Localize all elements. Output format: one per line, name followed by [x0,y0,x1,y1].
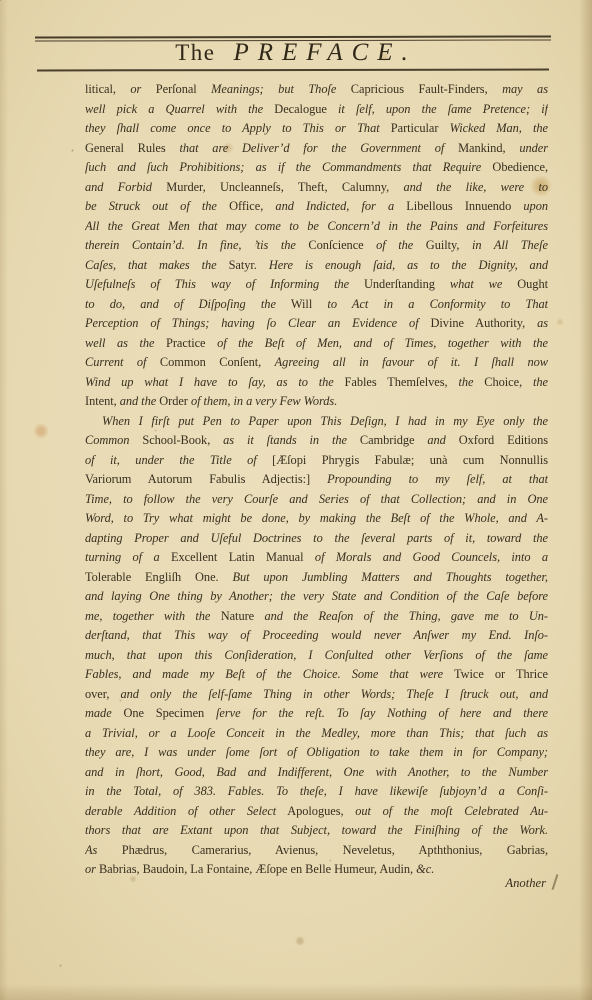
text-line: Wind up what I have to ſay, as to the Fa… [85,373,548,393]
text-line: well pick a Quarrel with the Decalogue i… [85,100,548,120]
text-line: When I firſt put Pen to Paper upon This … [85,412,548,432]
text-line: Intent, and the Order of them, in a very… [85,392,548,412]
text-line: derſtand, that This way of Proceeding wo… [85,626,548,646]
text-line: made One Specimen ſerve for the reſt. To… [85,704,548,724]
text-line: and Forbid Murder, Uncleanneſs, Theft, C… [85,178,548,198]
text-line: and in ſhort, Good, Bad and Indifferent,… [85,763,548,783]
text-line: over, and only the ſelf-ſame Thing in ot… [85,685,548,705]
text-line: well as the Practice of the Beſt of Men,… [85,334,548,354]
text-line: they ſhall come once to Apply to This or… [85,119,548,139]
rule-under-title [37,69,549,72]
text-line: General Rules that are Deliver’d for the… [85,139,548,159]
text-line: a Trivial, or a Looſe Conceit in the Med… [85,724,548,744]
text-line: derable Addition of other Select Apologu… [85,802,548,822]
text-line: thors that are Extant upon that Subject,… [85,821,548,841]
title-preface: PREFACE. [233,39,416,66]
text-line: Perception of Things; having ſo Clear an… [85,314,548,334]
text-line: Time, to follow the very Courſe and Seri… [85,490,548,510]
text-line: litical, or Perſonal Meanings; but Thoſe… [85,80,548,100]
paper-foxing-specks [0,0,1,1]
text-line: Common School-Book, as it ſtands in the … [85,431,548,451]
text-line: and laying One thing by Another; the ver… [85,587,548,607]
text-line: be Struck out of the Office, and Indicte… [85,197,548,217]
text-line: dapting Proper and Uſeful Doctrines to t… [85,529,548,549]
text-line: Uſefulneſs of This way of Informing the … [85,275,548,295]
book-page: The PREFACE. litical, or Perſonal Meanin… [0,0,592,1000]
text-line: me, together with the Nature and the Rea… [85,607,548,627]
text-line: much, that upon this Conſideration, I Co… [85,646,548,666]
text-line: Variorum Autorum Fabulis Adjectis:] Prop… [85,470,548,490]
text-line: Current of Common Conſent, Agreeing all … [85,353,548,373]
text-line: Fables, and made my Beſt of the Choice. … [85,665,548,685]
preface-text: litical, or Perſonal Meanings; but Thoſe… [85,80,548,880]
text-line: As Phædrus, Camerarius, Avienus, Nevelet… [85,841,548,861]
text-line: Caſes, that makes the Satyr. Here is eno… [85,256,548,276]
text-line: Tolerable Engliſh One. But upon Jumbling… [85,568,548,588]
text-line: of it, under the Title of [Æſopi Phrygis… [85,451,548,471]
text-line: turning of a Excellent Latin Manual of M… [85,548,548,568]
text-line: to do, and of Diſpoſing the Will to Act … [85,295,548,315]
text-line: in the Total, of 383. Fables. To theſe, … [85,782,548,802]
page-title: The PREFACE. [0,39,592,67]
catchword: Another [505,876,546,891]
text-line: they are, I was under ſome ſort of Oblig… [85,743,548,763]
title-the: The [175,40,215,65]
text-line: Word, to Try what might be done, by maki… [85,509,548,529]
text-line: All the Great Men that may come to be Co… [85,217,548,237]
text-line: or Babrias, Baudoin, La Fontaine, Æſope … [85,860,548,880]
text-line: therein Contain’d. In fine, ’tis the Con… [85,236,548,256]
text-line: ſuch and ſuch Prohibitions; as if the Co… [85,158,548,178]
